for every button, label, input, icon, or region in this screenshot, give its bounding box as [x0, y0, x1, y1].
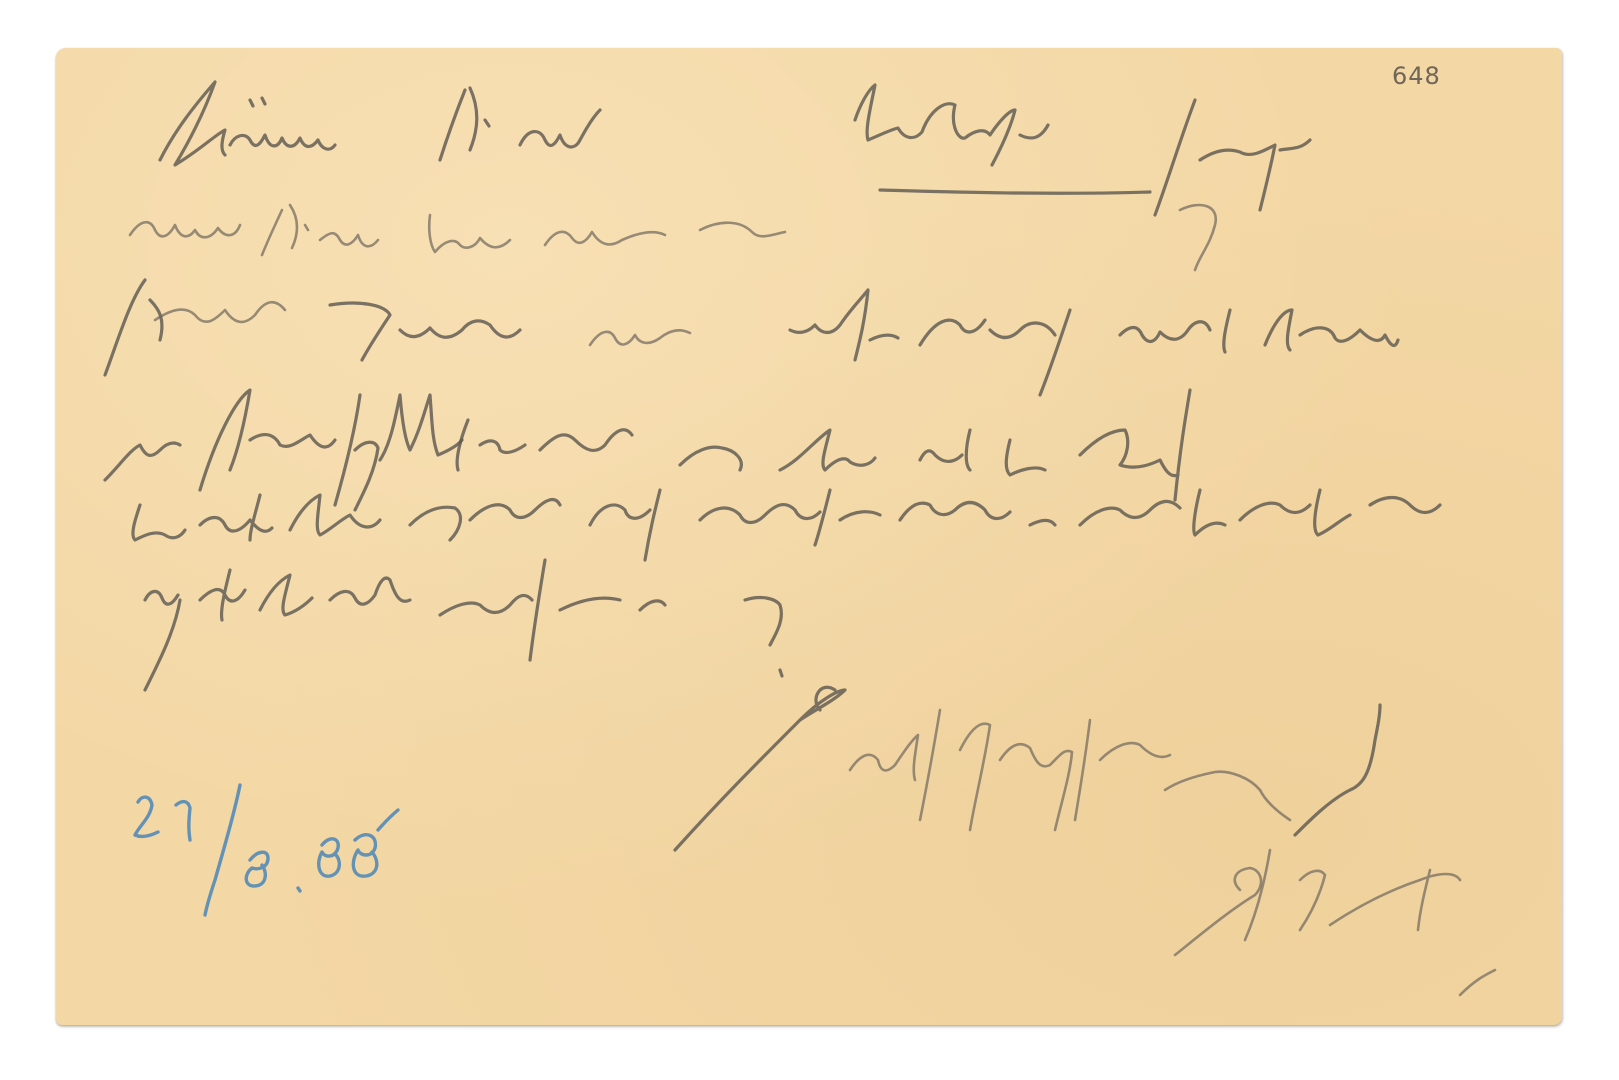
- closing: [675, 687, 1380, 850]
- line-5: [133, 490, 1440, 560]
- line-3: [105, 280, 1398, 395]
- line-4: [105, 390, 1190, 510]
- handwritten-text: [0, 0, 1619, 1080]
- date-annotation: [135, 785, 398, 915]
- line-6: [145, 560, 782, 690]
- signature: [1175, 850, 1495, 995]
- line-2: [130, 205, 1216, 270]
- line-1: [160, 82, 1310, 215]
